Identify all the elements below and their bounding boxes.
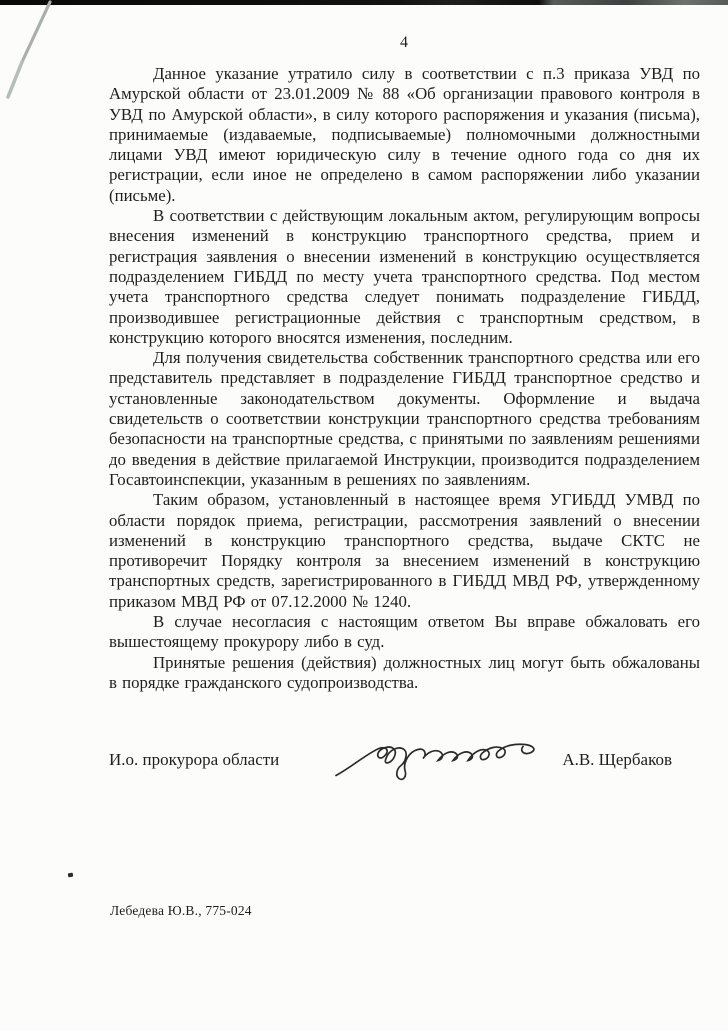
signatory-name: А.В. Щербаков: [562, 750, 672, 770]
page-number: 4: [109, 34, 700, 52]
signatory-role: И.о. прокурора области: [109, 750, 279, 770]
paragraph: Таким образом, установленный в настоящее…: [109, 490, 700, 612]
paragraph: Для получения свидетельства собственник …: [109, 348, 700, 490]
paragraph: Данное указание утратило силу в соответс…: [109, 64, 700, 206]
scanned-document-page: 4 Данное указание утратило силу в соотве…: [0, 0, 728, 1031]
paragraph: В соответствии с действующим локальным а…: [109, 206, 700, 348]
scan-crease-line: [0, 0, 70, 110]
scan-speck-artifact: [68, 873, 74, 878]
signature-row: И.о. прокурора области А.В. Щербаков: [109, 746, 700, 796]
document-body: Данное указание утратило силу в соответс…: [109, 64, 700, 693]
paragraph: Принятые решения (действия) должностных …: [109, 653, 700, 694]
executor-footer-note: Лебедева Ю.В., 775-024: [110, 903, 252, 919]
scan-top-edge-artifact: [0, 0, 728, 5]
handwritten-signature-icon: [333, 730, 548, 788]
paragraph: В случае несогласия с настоящим ответом …: [109, 612, 700, 653]
